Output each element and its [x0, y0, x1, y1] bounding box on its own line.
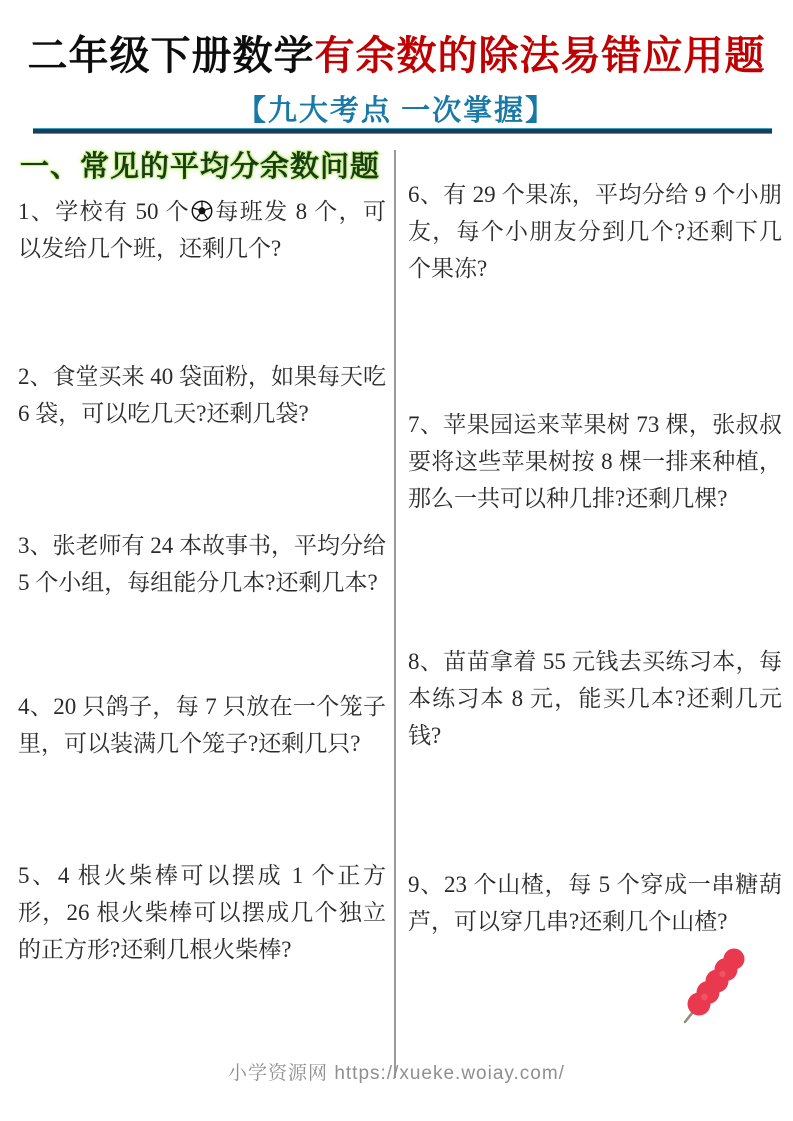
- worksheet-page: 二年级下册数学有余数的除法易错应用题 【九大考点 一次掌握】 一、常见的平均分余…: [0, 0, 793, 1121]
- problem-3: 3、张老师有 24 本故事书，平均分给 5 个小组，每组能分几本?还剩几本?: [18, 527, 386, 601]
- page-title: 二年级下册数学有余数的除法易错应用题: [0, 30, 793, 82]
- problem-1: 1、学校有 50 个 每班发 8 个，可以发给几个班，还剩几个?: [18, 193, 386, 267]
- problem-6: 6、有 29 个果冻，平均分给 9 个小朋友，每个小朋友分到几个?还剩下几个果冻…: [408, 176, 782, 287]
- problem-1-text-before: 1、学校有 50 个: [18, 199, 190, 224]
- problem-8: 8、苗苗拿着 55 元钱去买练习本，每本练习本 8 元，能买几本?还剩几元钱?: [408, 643, 782, 754]
- problem-5: 5、4 根火柴棒可以摆成 1 个正方形，26 根火柴棒可以摆成几个独立的正方形?…: [18, 857, 386, 968]
- header-divider-line: [33, 128, 772, 134]
- title-grade-part: 二年级下册数学: [28, 33, 315, 78]
- problem-7: 7、苹果园运来苹果树 73 棵，张叔叔要将这些苹果树按 8 棵一排来种植，那么一…: [408, 406, 782, 517]
- column-divider-line: [394, 150, 396, 1078]
- soccer-ball-icon: [191, 196, 213, 218]
- page-subtitle: 【九大考点 一次掌握】: [0, 88, 793, 129]
- problem-4: 4、20 只鸽子，每 7 只放在一个笼子里，可以装满几个笼子?还剩几只?: [18, 688, 386, 762]
- problem-2: 2、食堂买来 40 袋面粉，如果每天吃 6 袋，可以吃几天?还剩几袋?: [18, 358, 386, 432]
- problem-9: 9、23 个山楂，每 5 个穿成一串糖葫芦，可以穿几串?还剩几个山楂?: [408, 866, 782, 940]
- footer-text: 小学资源网 https://xueke.woiay.com/: [0, 1058, 793, 1085]
- title-topic-part: 有余数的除法易错应用题: [315, 33, 766, 78]
- section-heading: 一、常见的平均分余数问题: [20, 144, 380, 185]
- candied-hawthorn-skewer-icon: [678, 946, 750, 1026]
